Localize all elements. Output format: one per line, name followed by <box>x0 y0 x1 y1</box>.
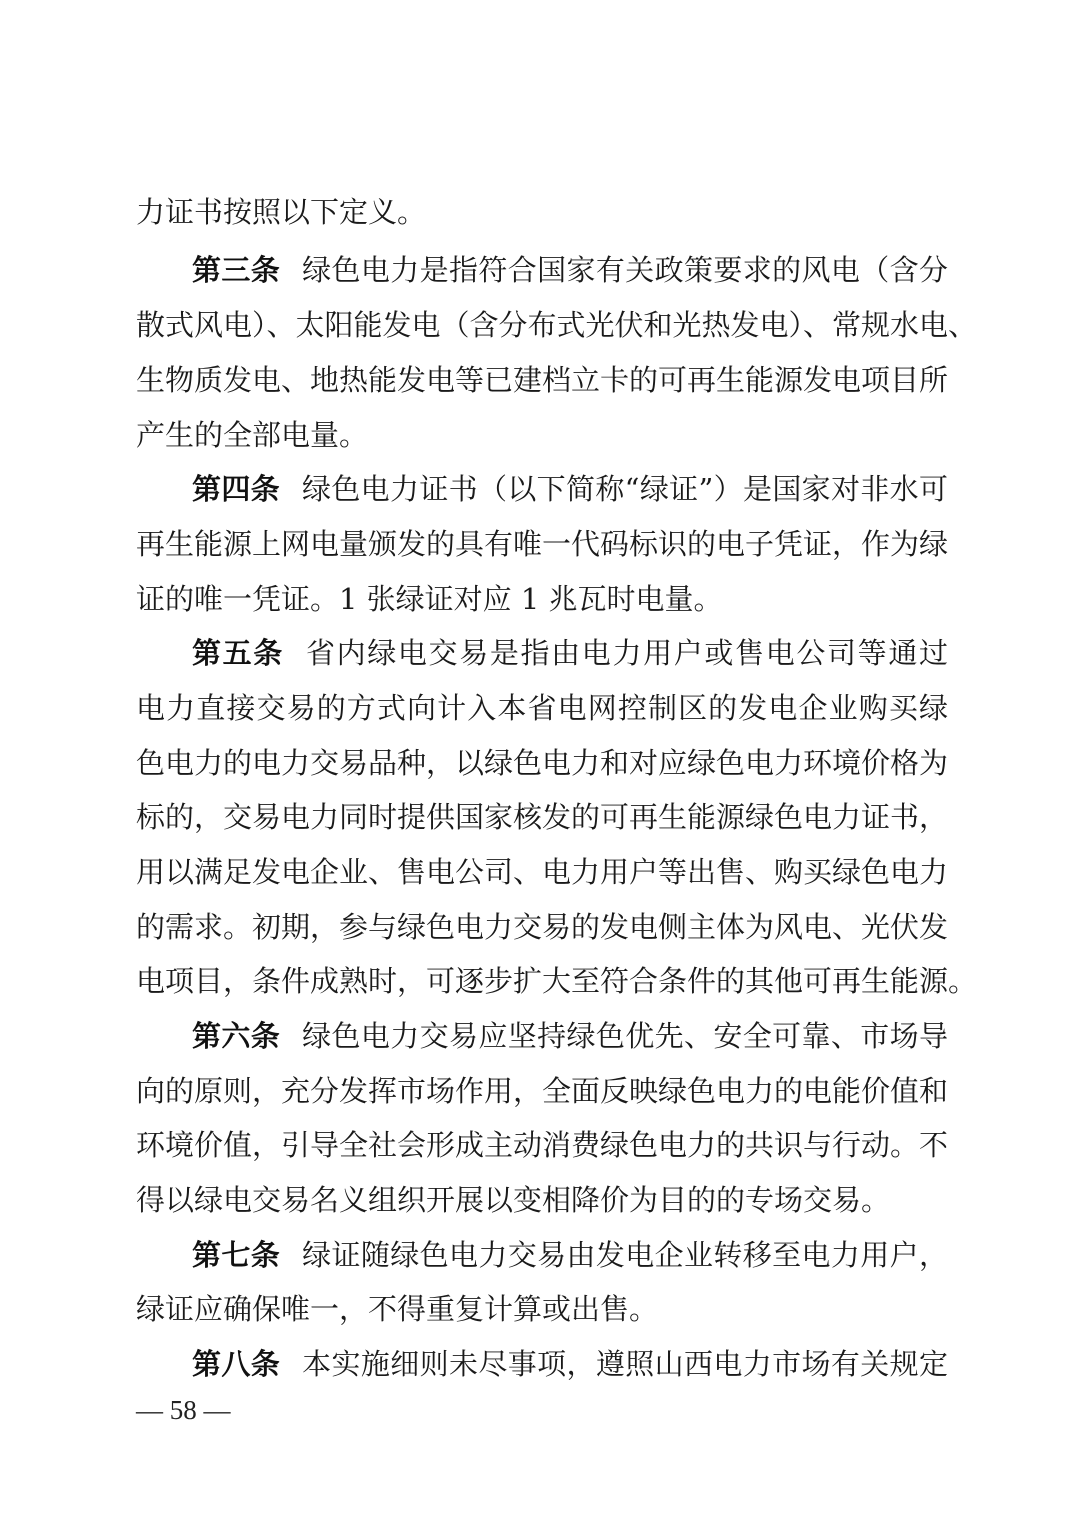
document-page: 力证书按照以下定义。 第三条绿色电力是指符合国家有关政策要求的风电（含分 散式风… <box>0 0 1080 1527</box>
article-5-line: 电项目，条件成熟时，可逐步扩大至符合条件的其他可再生能源。 <box>136 961 948 1001</box>
article-6-line: 环境价值，引导全社会形成主动消费绿色电力的共识与行动。不 <box>136 1125 948 1165</box>
article-3-label: 第三条 <box>192 253 280 287</box>
article-4-label: 第四条 <box>192 472 280 506</box>
article-7-first-line: 第七条绿证随绿色电力交易由发电企业转移至电力用户， <box>192 1235 948 1275</box>
article-3-first-line: 第三条绿色电力是指符合国家有关政策要求的风电（含分 <box>192 250 948 290</box>
article-7-text: 绿证随绿色电力交易由发电企业转移至电力用户， <box>302 1238 948 1272</box>
article-4-text: 绿色电力证书（以下简称“绿证”）是国家对非水可 <box>302 472 948 506</box>
article-6-label: 第六条 <box>192 1019 280 1053</box>
article-5-line: 电力直接交易的方式向计入本省电网控制区的发电企业购买绿 <box>136 688 948 728</box>
article-8-label: 第八条 <box>192 1347 280 1381</box>
article-5-label: 第五条 <box>192 636 284 670</box>
article-4-line: 再生能源上网电量颁发的具有唯一代码标识的电子凭证，作为绿 <box>136 524 948 564</box>
article-5-line: 的需求。初期，参与绿色电力交易的发电侧主体为风电、光伏发 <box>136 907 948 947</box>
article-5-line: 标的，交易电力同时提供国家核发的可再生能源绿色电力证书， <box>136 797 948 837</box>
article-5-text: 省内绿电交易是指由电力用户或售电公司等通过 <box>306 636 948 670</box>
article-6-first-line: 第六条绿色电力交易应坚持绿色优先、安全可靠、市场导 <box>192 1016 948 1056</box>
article-5-line: 用以满足发电企业、售电公司、电力用户等出售、购买绿色电力 <box>136 852 948 892</box>
article-6-line: 向的原则，充分发挥市场作用，全面反映绿色电力的电能价值和 <box>136 1071 948 1111</box>
article-6-line: 得以绿电交易名义组织开展以变相降价为目的的专场交易。 <box>136 1180 948 1220</box>
article-6-text: 绿色电力交易应坚持绿色优先、安全可靠、市场导 <box>302 1019 948 1053</box>
article-5-first-line: 第五条省内绿电交易是指由电力用户或售电公司等通过 <box>192 633 948 673</box>
article-8-first-line: 第八条本实施细则未尽事项，遵照山西电力市场有关规定 <box>192 1344 948 1384</box>
article-5-line: 色电力的电力交易品种，以绿色电力和对应绿色电力环境价格为 <box>136 743 948 783</box>
article-8-text: 本实施细则未尽事项，遵照山西电力市场有关规定 <box>302 1347 948 1381</box>
article-3-text: 绿色电力是指符合国家有关政策要求的风电（含分 <box>302 253 948 287</box>
continuation-text: 力证书按照以下定义。 <box>136 192 948 232</box>
article-3-line: 产生的全部电量。 <box>136 415 948 455</box>
article-7-line: 绿证应确保唯一，不得重复计算或出售。 <box>136 1289 948 1329</box>
page-number: — 58 — <box>136 1390 231 1430</box>
article-7-label: 第七条 <box>192 1238 280 1272</box>
article-4-first-line: 第四条绿色电力证书（以下简称“绿证”）是国家对非水可 <box>192 469 948 509</box>
article-3-line: 生物质发电、地热能发电等已建档立卡的可再生能源发电项目所 <box>136 360 948 400</box>
article-4-line: 证的唯一凭证。1 张绿证对应 1 兆瓦时电量。 <box>136 579 948 619</box>
article-3-line: 散式风电）、太阳能发电（含分布式光伏和光热发电）、常规水电、 <box>136 305 948 345</box>
